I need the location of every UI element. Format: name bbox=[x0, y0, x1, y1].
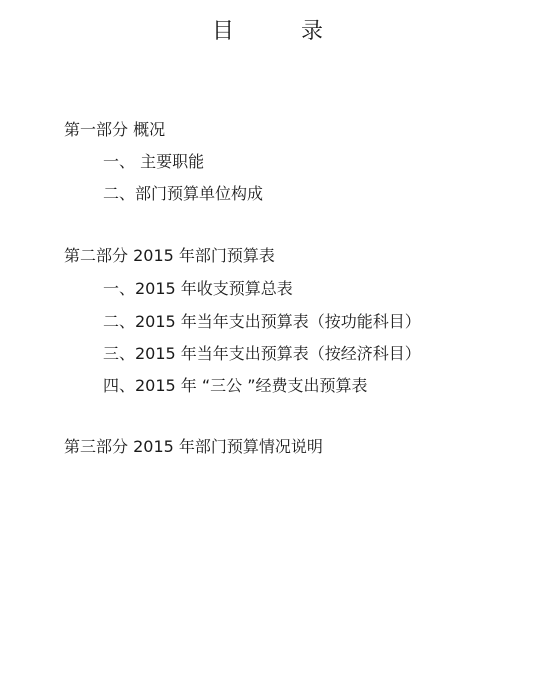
toc-part-2-item-4: 四、2015 年 “三公 ”经费支出预算表 bbox=[103, 373, 368, 396]
document-title: 目 录 bbox=[0, 14, 535, 45]
toc-part-2-heading: 第二部分 2015 年部门预算表 bbox=[64, 243, 275, 266]
toc-part-2-item-1: 一、2015 年收支预算总表 bbox=[103, 276, 293, 299]
toc-part-2-item-2: 二、2015 年当年支出预算表（按功能科目） bbox=[103, 309, 421, 332]
toc-part-1-item-1: 一、 主要职能 bbox=[103, 149, 204, 172]
toc-part-1-item-2: 二、部门预算单位构成 bbox=[103, 181, 263, 204]
toc-part-3-heading: 第三部分 2015 年部门预算情况说明 bbox=[64, 434, 323, 457]
toc-part-1-heading: 第一部分 概况 bbox=[64, 117, 165, 140]
toc-part-2-item-3: 三、2015 年当年支出预算表（按经济科目） bbox=[103, 341, 421, 364]
